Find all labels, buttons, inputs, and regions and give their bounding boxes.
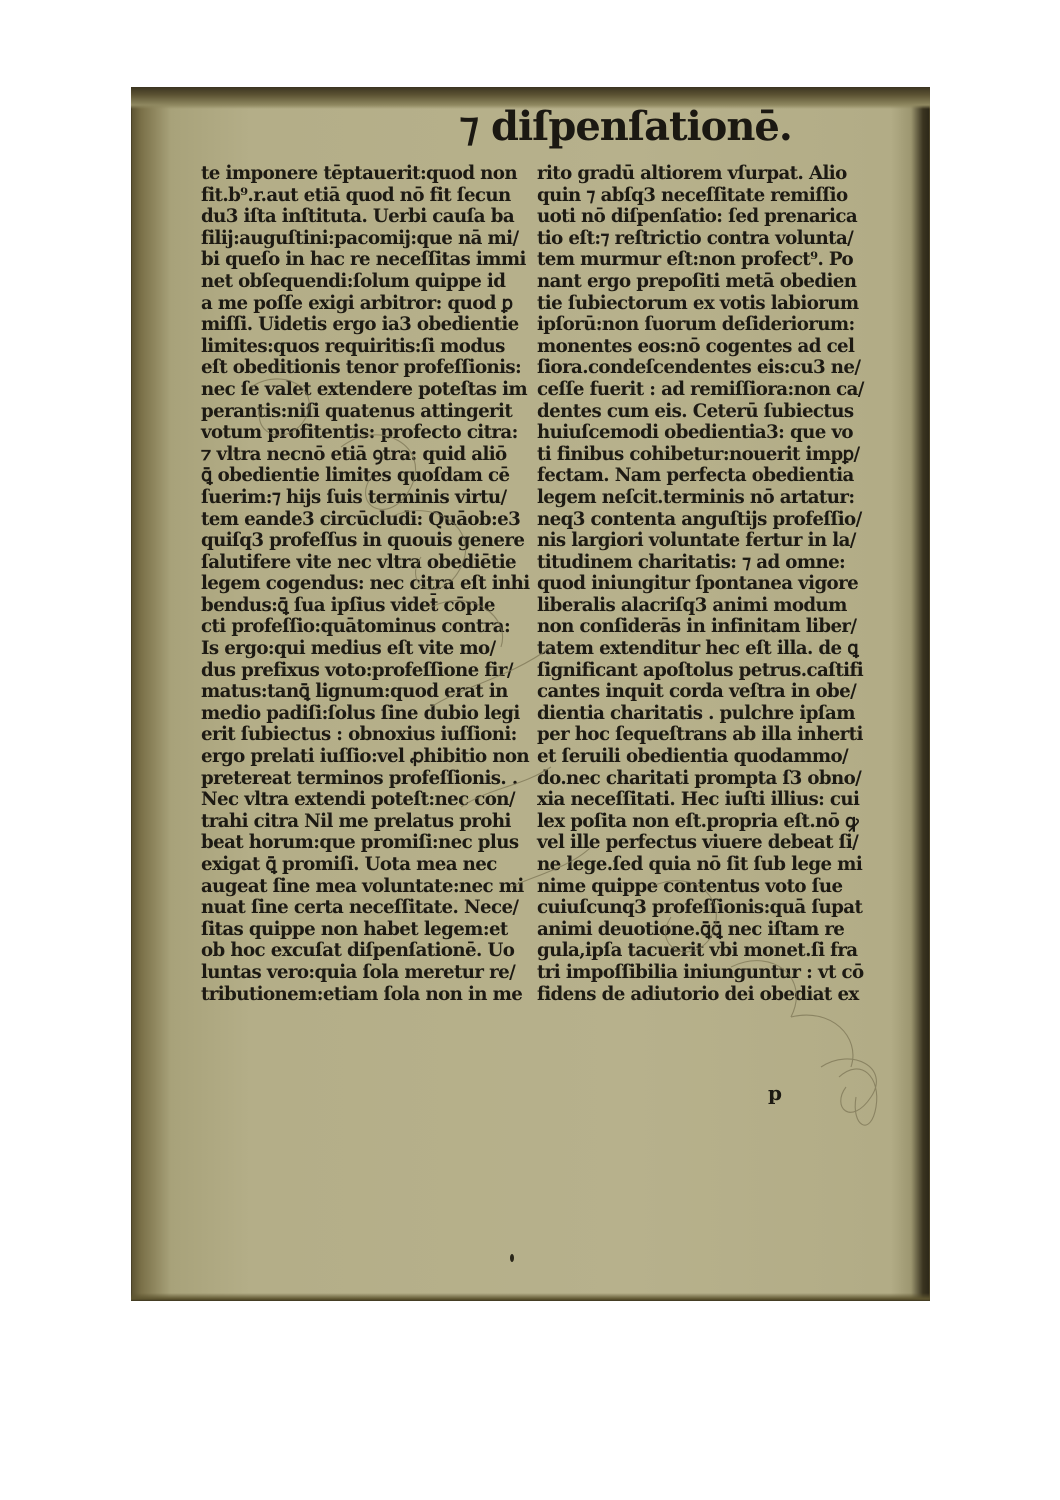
text-line: quod iniungitur ſpontanea vigore bbox=[537, 573, 882, 595]
text-line: nec ſe valet extendere poteſtas im bbox=[201, 379, 531, 401]
text-line: nuat ſine certa neceſſitate. Nece/ bbox=[201, 897, 531, 919]
text-line: titudinem charitatis: ⁊ ad omne: bbox=[537, 552, 882, 574]
text-line: monentes eos:nō cogentes ad cel bbox=[537, 336, 882, 358]
text-column-left: te imponere tēptauerit:quod nonfit.b⁹.r.… bbox=[201, 163, 531, 1005]
text-line: du3 iſta inſtituta. Uerbi cauſa ba bbox=[201, 206, 531, 228]
text-line: legem cogendus: nec citra eſt inhi bbox=[201, 573, 531, 595]
text-line: fectam. Nam perfecta obedientia bbox=[537, 465, 882, 487]
text-line: non conſiderās in infinitam liber/ bbox=[537, 616, 882, 638]
text-line: ergo prelati iuſſio:vel ꝓhibitio non bbox=[201, 746, 531, 768]
text-line: liberalis alacriſq3 animi modum bbox=[537, 595, 882, 617]
text-line: nant ergo prepoſiti metā obedien bbox=[537, 271, 882, 293]
text-line: cantes inquit corda veſtra in obe/ bbox=[537, 681, 882, 703]
text-line: exigat ꝗ̄ promiſi. Uota mea nec bbox=[201, 854, 531, 876]
text-line: ſuerim:⁊ hijs ſuis terminis virtu/ bbox=[201, 487, 531, 509]
text-line: matus:tanꝗ̄ lignum:quod erat in bbox=[201, 681, 531, 703]
text-line: Nec vltra extendi poteſt:nec con/ bbox=[201, 789, 531, 811]
text-column-right: rito gradū altiorem vſurpat. Alioquin ⁊ … bbox=[537, 163, 882, 1005]
text-line: uoti nō diſpenſatio: ſed prenarica bbox=[537, 206, 882, 228]
running-head: ⁊ diſpenſationē. bbox=[226, 103, 1025, 150]
text-line: ceſſe fuerit : ad remiſſiora:non ca/ bbox=[537, 379, 882, 401]
text-line: ob hoc excuſat diſpenſationē. Uo bbox=[201, 940, 531, 962]
text-line: tie ſubiectorum ex votis labiorum bbox=[537, 293, 882, 315]
text-line: trahi citra Nil me prelatus prohi bbox=[201, 811, 531, 833]
text-line: augeat ſine mea voluntate:nec mi bbox=[201, 876, 531, 898]
text-line: do.nec charitati prompta ſ3 obno/ bbox=[537, 768, 882, 790]
text-line: bendus:ꝗ̄ ſua ipſius videt̄ cōple bbox=[201, 595, 531, 617]
text-line: xia neceſſitati. Hec iuſti illius: cui bbox=[537, 789, 882, 811]
text-line: luntas vero:quia ſola meretur re/ bbox=[201, 962, 531, 984]
text-line: nis largiori voluntate fertur in la/ bbox=[537, 530, 882, 552]
text-line: legem neſcit.terminis nō artatur: bbox=[537, 487, 882, 509]
text-line: gula,ipſa tacuerit vbi monet.ſi fra bbox=[537, 940, 882, 962]
text-line: limites:quos requiritis:ſi modus bbox=[201, 336, 531, 358]
text-line: tem murmur eſt:non profect⁹. Po bbox=[537, 249, 882, 271]
text-line: quiſq3 profeſſus in quouis genere bbox=[201, 530, 531, 552]
text-line: tributionem:etiam ſola non in me bbox=[201, 984, 531, 1006]
text-line: tri impoſſibilia iniunguntur : vt cō bbox=[537, 962, 882, 984]
text-line: medio padiſi:ſolus ſine dubio legi bbox=[201, 703, 531, 725]
text-line: ⁊ vltra necnō etiā ꝯtra: quid aliō bbox=[201, 444, 531, 466]
text-line: et ſeruili obedientia quodammo/ bbox=[537, 746, 882, 768]
scanned-page: ⁊ diſpenſationē. te imponere tēptauerit:… bbox=[131, 87, 930, 1301]
text-line: Is ergo:qui medius eſt vite mo/ bbox=[201, 638, 531, 660]
text-line: fidens de adiutorio dei obediat ex bbox=[537, 984, 882, 1006]
text-line: quin ⁊ abſq3 neceſſitate remiſſio bbox=[537, 185, 882, 207]
text-line: huiuſcemodi obedientia3: que vo bbox=[537, 422, 882, 444]
text-line: votum profitentis: profecto citra: bbox=[201, 422, 531, 444]
text-line: ne lege.ſed quia nō ſit ſub lege mi bbox=[537, 854, 882, 876]
text-line: perantis:niſi quatenus attingerit bbox=[201, 401, 531, 423]
text-line: te imponere tēptauerit:quod non bbox=[201, 163, 531, 185]
text-line: ti finibus cohibetur:nouerit impꝑ/ bbox=[537, 444, 882, 466]
text-line: ꝗ̄ obedientie limites quoſdam cē bbox=[201, 465, 531, 487]
text-line: fit.b⁹.r.aut etiā quod nō fit ſecun bbox=[201, 185, 531, 207]
text-line: cuiuſcunq3 profeſſionis:quā ſupat bbox=[537, 897, 882, 919]
text-line: filij:auguſtini:pacomij:que nā mi/ bbox=[201, 228, 531, 250]
text-line: cti profeſſio:quātominus contra: bbox=[201, 616, 531, 638]
binding-shadow-bottom bbox=[131, 1293, 930, 1301]
text-line: dentes cum eis. Ceterū ſubiectus bbox=[537, 401, 882, 423]
text-line: tio eſt:⁊ reſtrictio contra volunta/ bbox=[537, 228, 882, 250]
text-line: per hoc ſequeſtrans ab illa inherti bbox=[537, 724, 882, 746]
text-line: eſt obeditionis tenor profeſſionis: bbox=[201, 357, 531, 379]
text-line: miſſi. Uidetis ergo ia3 obedientie bbox=[201, 314, 531, 336]
text-line: dientia charitatis . pulchre ipſam bbox=[537, 703, 882, 725]
ink-spot bbox=[510, 1254, 514, 1262]
text-line: rito gradū altiorem vſurpat. Alio bbox=[537, 163, 882, 185]
text-line: ipſorū:non ſuorum deſideriorum: bbox=[537, 314, 882, 336]
text-line: lex poſita non eſt.propria eſt.nō ꝙ bbox=[537, 811, 882, 833]
text-line: neq3 contenta anguſtijs profeſſio/ bbox=[537, 509, 882, 531]
text-line: nime quippe contentus voto ſue bbox=[537, 876, 882, 898]
text-line: bi queſo in hac re neceſſitas immi bbox=[201, 249, 531, 271]
text-line: ſignificant apoſtolus petrus.caſtifi bbox=[537, 660, 882, 682]
text-line: tem eande3 circūcludi: Quāob:e3 bbox=[201, 509, 531, 531]
text-line: dus prefixus voto:profeſſione fir/ bbox=[201, 660, 531, 682]
text-line: ſiora.condeſcendentes eis:cu3 ne/ bbox=[537, 357, 882, 379]
text-line: ſitas quippe non habet legem:et bbox=[201, 919, 531, 941]
text-line: erit ſubiectus : obnoxius iuſſioni: bbox=[201, 724, 531, 746]
text-line: ſalutifere vite nec vltra obediētie bbox=[201, 552, 531, 574]
text-line: tatem extenditur hec eſt illa. de ꝗ bbox=[537, 638, 882, 660]
text-line: pretereat terminos profeſſionis. . bbox=[201, 768, 531, 790]
signature-mark: p bbox=[768, 1081, 782, 1105]
text-line: vel ille perfectus viuere debeat ſi/ bbox=[537, 832, 882, 854]
text-line: beat horum:que promiſi:nec plus bbox=[201, 832, 531, 854]
text-line: animi deuotione.ꝗ̄ꝗ̄ nec iſtam re bbox=[537, 919, 882, 941]
text-line: net obſequendi:ſolum quippe id bbox=[201, 271, 531, 293]
text-line: a me poſſe exigi arbitror: quod ꝑ bbox=[201, 293, 531, 315]
